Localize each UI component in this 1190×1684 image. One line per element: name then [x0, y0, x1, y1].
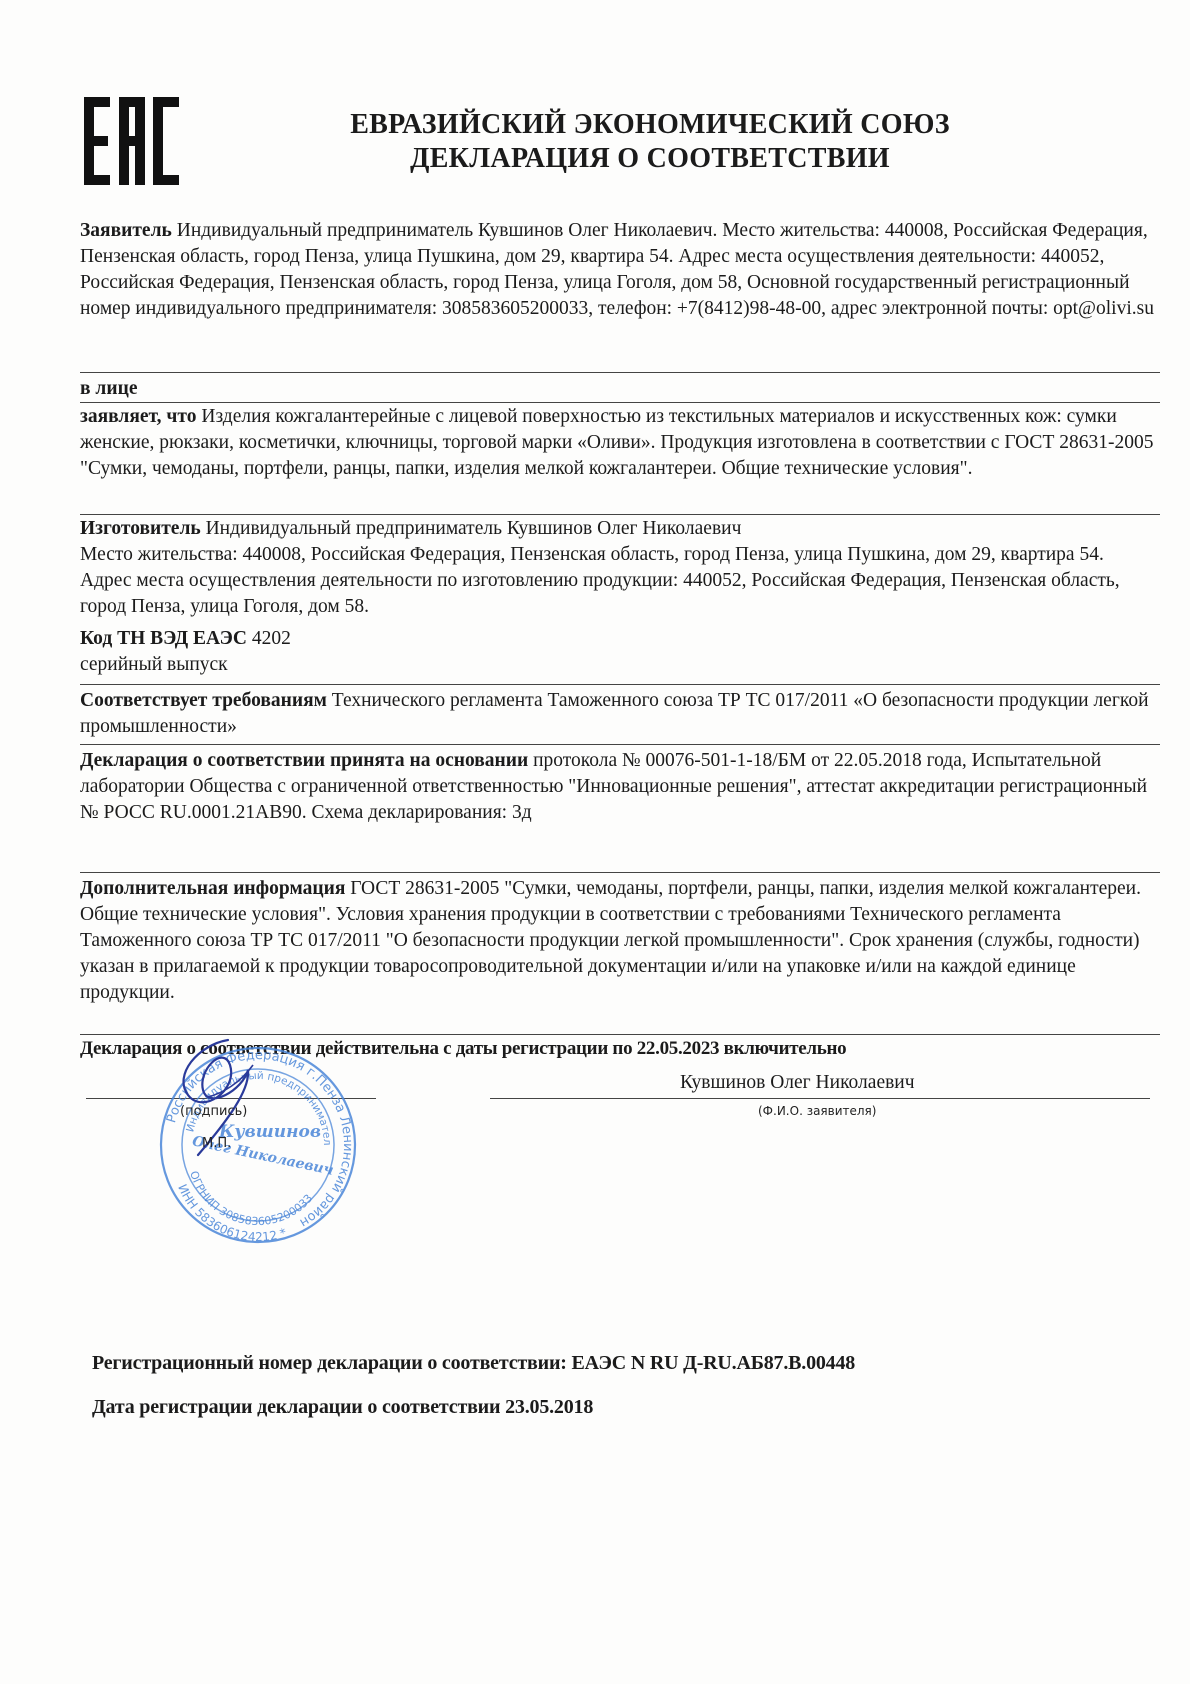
- validity-date: 22.05.2023: [637, 1038, 720, 1059]
- applicant-label: Заявитель: [80, 220, 172, 241]
- declaration-page: ЕВРАЗИЙСКИЙ ЭКОНОМИЧЕСКИЙ СОЮЗ ДЕКЛАРАЦИ…: [0, 0, 1190, 1684]
- applicant-name-caption: (Ф.И.О. заявителя): [758, 1104, 876, 1118]
- registration-number-label: Регистрационный номер декларации о соотв…: [92, 1352, 572, 1374]
- manufacturer-address: Место жительства: 440008, Российская Фед…: [80, 542, 1160, 620]
- signature-caption: (подпись): [180, 1104, 247, 1119]
- conformity-section: Соответствует требованиям Технического р…: [80, 688, 1160, 740]
- registration-number: ЕАЭС N RU Д-RU.АБ87.В.00448: [572, 1352, 856, 1374]
- divider: [80, 402, 1160, 403]
- divider: [80, 684, 1160, 685]
- declares-section: заявляет, что Изделия кожгалантерейные с…: [80, 404, 1160, 482]
- applicant-section: Заявитель Индивидуальный предприниматель…: [80, 218, 1160, 322]
- declares-text: Изделия кожгалантерейные с лицевой повер…: [80, 406, 1153, 479]
- tn-ved-label: Код ТН ВЭД ЕАЭС: [80, 628, 247, 649]
- represented-by-section: в лице: [80, 376, 1160, 402]
- title-union: ЕВРАЗИЙСКИЙ ЭКОНОМИЧЕСКИЙ СОЮЗ: [300, 108, 1000, 142]
- applicant-text: Индивидуальный предприниматель Кувшинов …: [80, 220, 1154, 319]
- manufacturer-section: Изготовитель Индивидуальный предпринимат…: [80, 516, 1160, 620]
- applicant-name-line: [490, 1098, 1150, 1099]
- additional-info-section: Дополнительная информация ГОСТ 28631-200…: [80, 876, 1160, 1006]
- registration-date-line: Дата регистрации декларации о соответств…: [92, 1396, 593, 1419]
- conformity-label: Соответствует требованиям: [80, 690, 327, 711]
- tn-ved-value: 4202: [247, 628, 291, 649]
- registration-number-line: Регистрационный номер декларации о соотв…: [92, 1352, 855, 1375]
- production-type: серийный выпуск: [80, 652, 1160, 678]
- divider: [80, 872, 1160, 873]
- declares-label: заявляет, что: [80, 406, 197, 427]
- divider: [80, 744, 1160, 745]
- stamp-caption: М.П.: [202, 1136, 231, 1151]
- registration-date-label: Дата регистрации декларации о соответств…: [92, 1396, 505, 1418]
- title-declaration: ДЕКЛАРАЦИЯ О СООТВЕТСТВИИ: [300, 142, 1000, 176]
- manufacturer-name: Индивидуальный предприниматель Кувшинов …: [201, 518, 742, 539]
- manufacturer-label: Изготовитель: [80, 518, 201, 539]
- document-title: ЕВРАЗИЙСКИЙ ЭКОНОМИЧЕСКИЙ СОЮЗ ДЕКЛАРАЦИ…: [300, 108, 1000, 176]
- divider: [80, 514, 1160, 515]
- represented-by-label: в лице: [80, 378, 137, 399]
- applicant-name: Кувшинов Олег Николаевич: [680, 1070, 1080, 1096]
- basis-section: Декларация о соответствии принята на осн…: [80, 748, 1160, 826]
- validity-suffix: включительно: [719, 1038, 846, 1059]
- tn-ved-section: Код ТН ВЭД ЕАЭС 4202: [80, 626, 1160, 652]
- eac-logo-icon: [84, 97, 179, 185]
- divider: [80, 372, 1160, 373]
- registration-date: 23.05.2018: [505, 1396, 593, 1418]
- additional-info-label: Дополнительная информация: [80, 878, 345, 899]
- basis-label: Декларация о соответствии принята на осн…: [80, 750, 528, 771]
